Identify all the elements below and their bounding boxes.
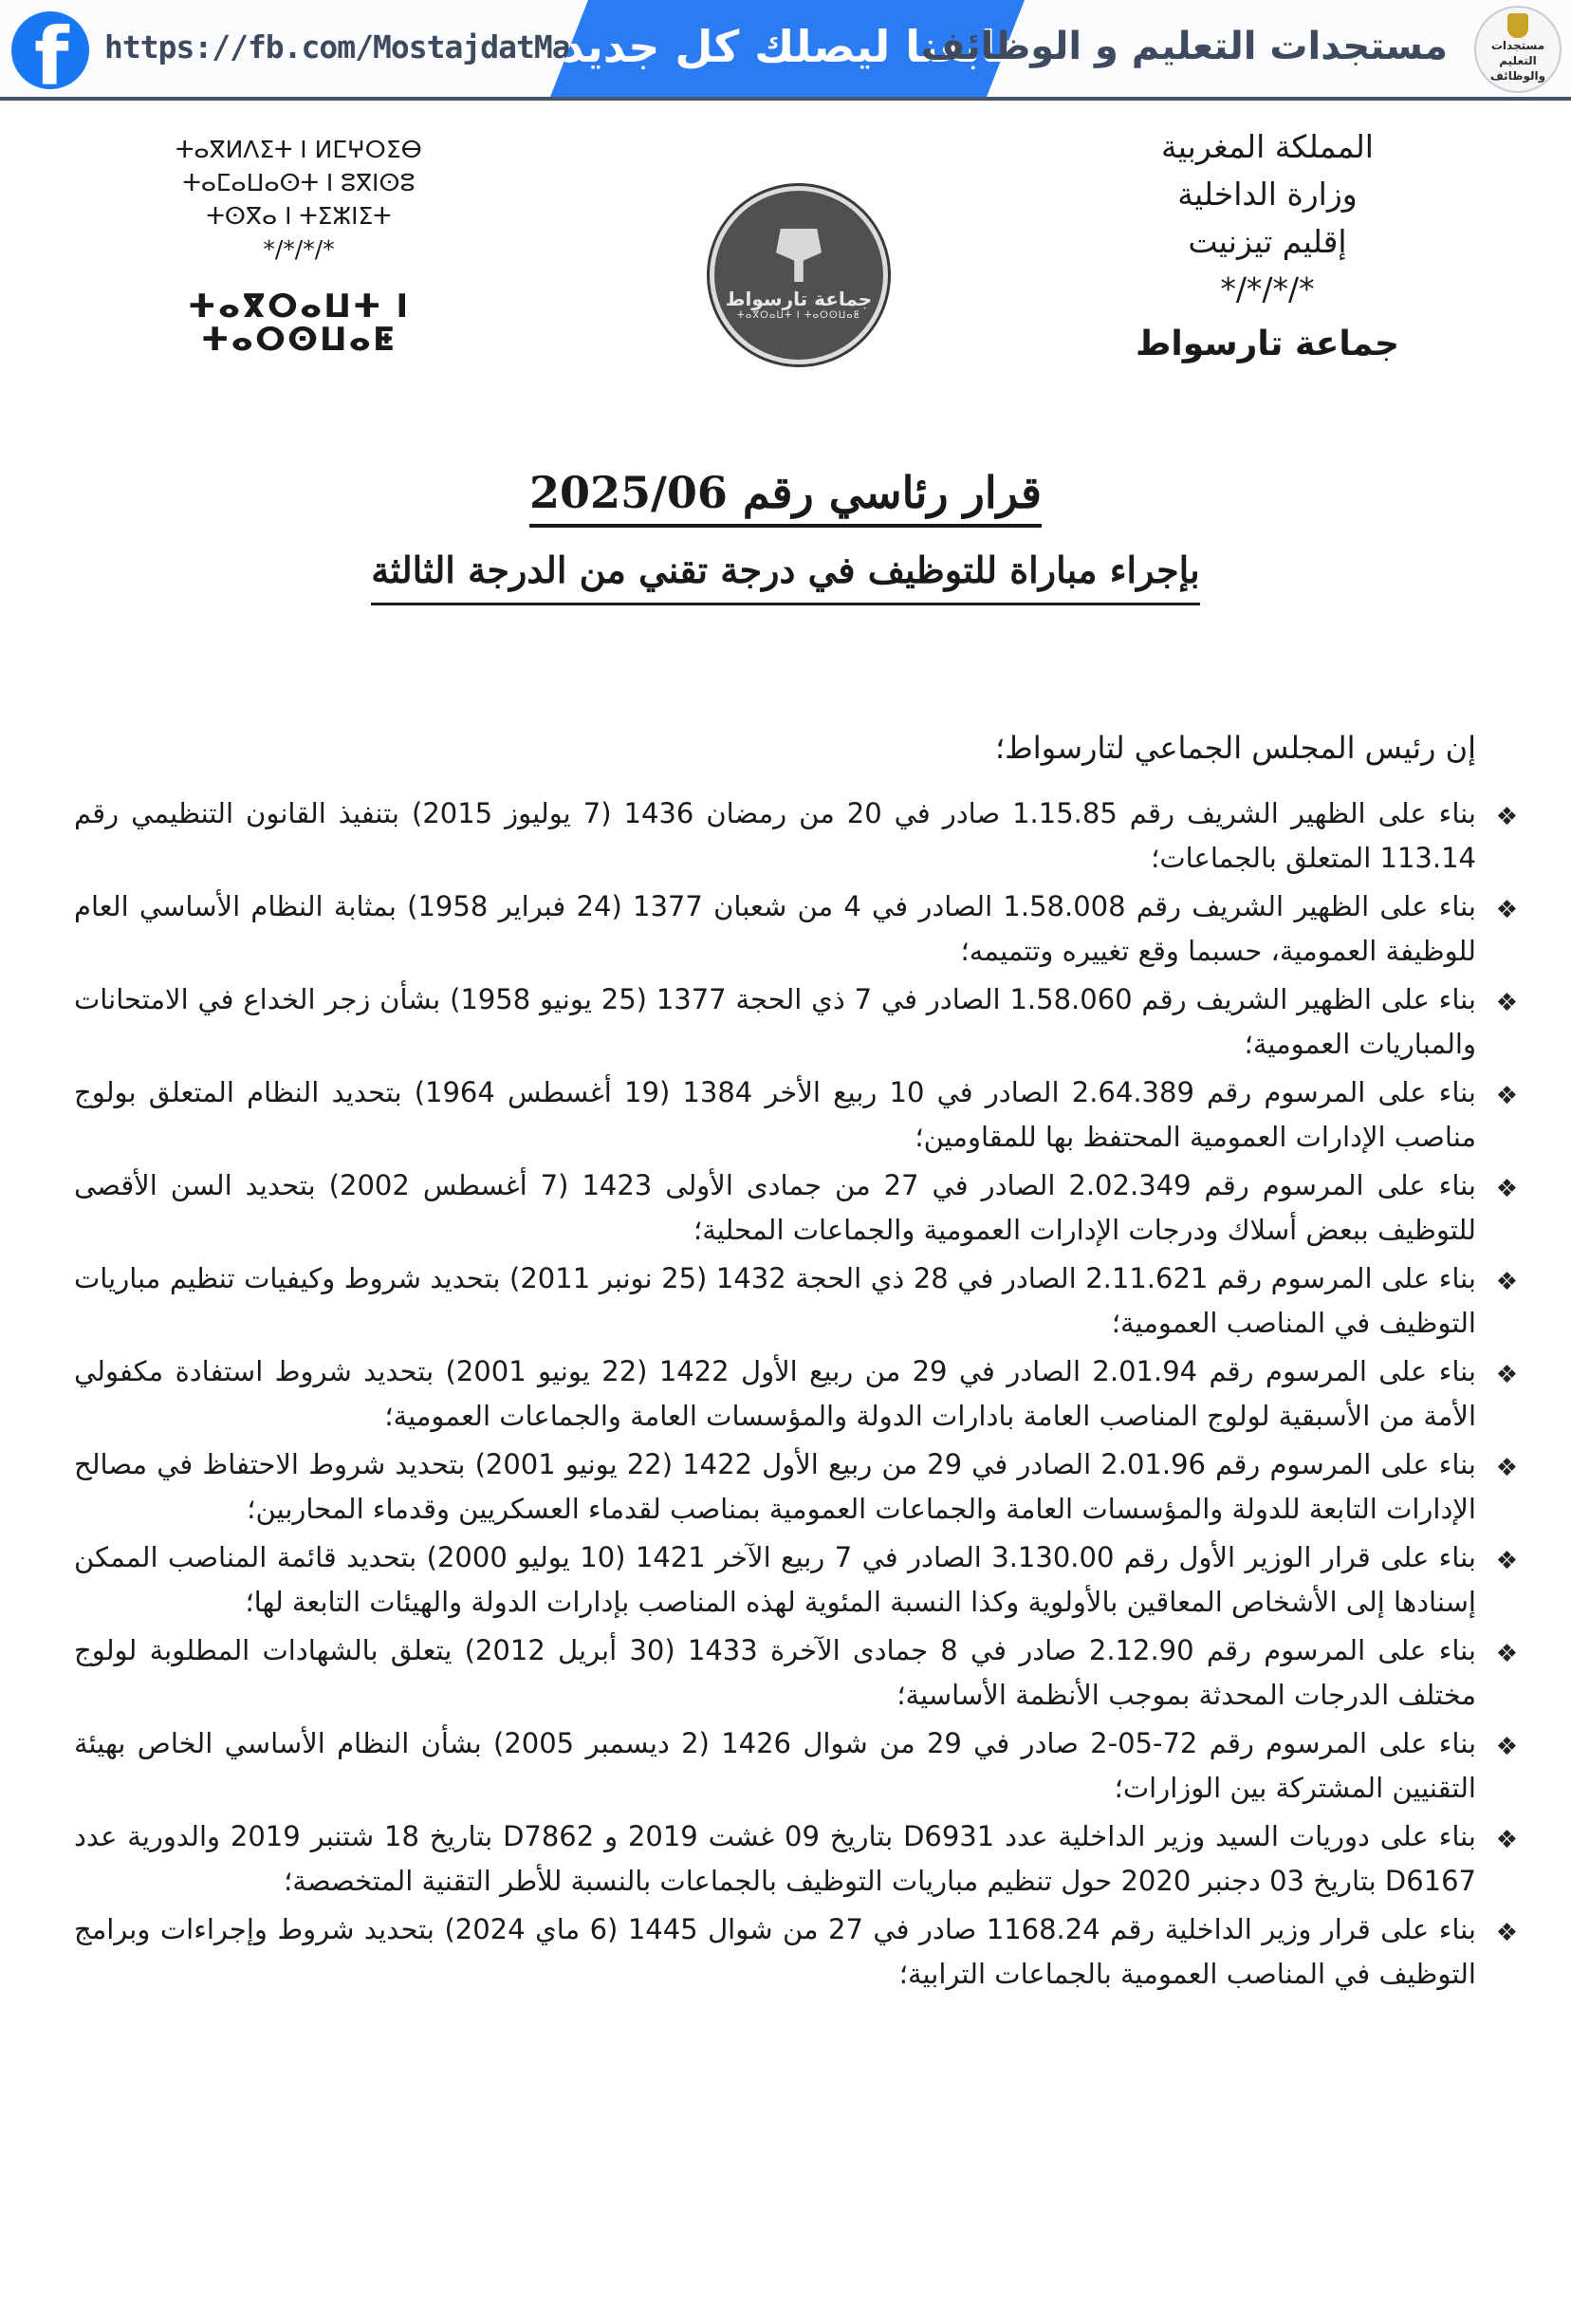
clause: ❖بناء على قرار وزير الداخلية رقم 1168.24… xyxy=(74,1907,1476,1997)
diamond-bullet-icon: ❖ xyxy=(1496,1446,1518,1491)
diamond-bullet-icon: ❖ xyxy=(1496,1074,1518,1119)
clause-text: بناء على المرسوم رقم 2.01.96 الصادر في 2… xyxy=(74,1442,1476,1532)
kingdom-label-tifinagh: ⵜⴰⴳⵍⴷⵉⵜ ⵏ ⵍⵎⵖⵔⵉⴱ xyxy=(142,133,455,166)
clause-text: بناء على المرسوم رقم 72-05-2 صادر في 29 … xyxy=(74,1721,1476,1811)
province-label-tifinagh: ⵜⵙⴳⴰ ⵏ ⵜⵉⵣⵏⵉⵜ xyxy=(142,199,455,232)
diamond-bullet-icon: ❖ xyxy=(1496,1260,1518,1305)
clause: ❖بناء على المرسوم رقم 72-05-2 صادر في 29… xyxy=(74,1721,1476,1811)
logo-text-line2: والوظائف xyxy=(1476,68,1560,84)
province-label: إقليم تيزنيت xyxy=(1125,218,1410,266)
clause-text: بناء على المرسوم رقم 2.02.349 الصادر في … xyxy=(74,1163,1476,1253)
commune-label-tifinagh: ⵜⴰⴳⵔⴰⵡⵜ ⵏ ⵜⴰⵔⵙⵡⴰⵟ xyxy=(142,290,455,357)
diamond-bullet-icon: ❖ xyxy=(1496,1539,1518,1584)
facebook-icon[interactable]: f xyxy=(11,11,89,89)
clause: ❖بناء على المرسوم رقم 2.01.96 الصادر في … xyxy=(74,1442,1476,1532)
clause-text: بناء على المرسوم رقم 2.12.90 صادر في 8 ج… xyxy=(74,1628,1476,1718)
ministry-label-tifinagh: ⵜⴰⵎⴰⵡⴰⵙⵜ ⵏ ⵓⴳⵏⵙⵓ xyxy=(142,166,455,199)
site-name: مستجدات التعليم و الوظائف xyxy=(921,25,1448,68)
diamond-bullet-icon: ❖ xyxy=(1496,888,1518,933)
clause-text: بناء على قرار وزير الداخلية رقم 1168.24 … xyxy=(74,1907,1476,1997)
clause: ❖بناء على المرسوم رقم 2.01.94 الصادر في … xyxy=(74,1349,1476,1439)
seal-name: جماعة تارسواط xyxy=(714,288,883,310)
decision-number: قرار رئاسي رقم 2025/06 xyxy=(529,467,1042,528)
diamond-bullet-icon: ❖ xyxy=(1496,981,1518,1026)
diamond-bullet-icon: ❖ xyxy=(1496,1725,1518,1770)
document-body: إن رئيس المجلس الجماعي لتارسواط؛ ❖بناء ع… xyxy=(74,726,1476,2000)
promo-banner: f https://fb.com/MostajdatMaroc تابعنا ل… xyxy=(0,0,1571,101)
diamond-bullet-icon: ❖ xyxy=(1496,1632,1518,1677)
clause: ❖بناء على قرار الوزير الأول رقم 3.130.00… xyxy=(74,1535,1476,1625)
logo-text-line1: مستجدات التعليم xyxy=(1476,38,1560,68)
facebook-link[interactable]: https://fb.com/MostajdatMaroc xyxy=(104,28,623,65)
site-logo: مستجدات التعليم والوظائف xyxy=(1474,6,1562,93)
diamond-bullet-icon: ❖ xyxy=(1496,795,1518,840)
decision-subject: بإجراء مباراة للتوظيف في درجة تقني من ال… xyxy=(371,548,1199,605)
clause-text: بناء على المرسوم رقم 2.01.94 الصادر في 2… xyxy=(74,1349,1476,1439)
clause: ❖بناء على الظهير الشريف رقم 1.58.060 الص… xyxy=(74,977,1476,1067)
commune-label: جماعة تارسواط xyxy=(1125,321,1410,368)
clause: ❖بناء على المرسوم رقم 2.11.621 الصادر في… xyxy=(74,1256,1476,1346)
clause-text: بناء على الظهير الشريف رقم 1.58.008 الصا… xyxy=(74,884,1476,974)
seal-tifinagh: ⵜⴰⴳⵔⴰⵡⵜ ⵏ ⵜⴰⵔⵙⵡⴰⵟ xyxy=(714,310,883,321)
kingdom-label: المملكة المغربية xyxy=(1125,123,1410,171)
header-tifinagh: ⵜⴰⴳⵍⴷⵉⵜ ⵏ ⵍⵎⵖⵔⵉⴱ ⵜⴰⵎⴰⵡⴰⵙⵜ ⵏ ⵓⴳⵏⵙⵓ ⵜⵙⴳⴰ ⵏ… xyxy=(142,133,455,357)
clause-text: بناء على الظهير الشريف رقم 1.58.060 الصا… xyxy=(74,977,1476,1067)
document-title: قرار رئاسي رقم 2025/06 xyxy=(0,467,1571,528)
clause: ❖بناء على المرسوم رقم 2.12.90 صادر في 8 … xyxy=(74,1628,1476,1718)
moroccan-emblem-icon xyxy=(1507,13,1528,38)
diamond-bullet-icon: ❖ xyxy=(1496,1818,1518,1863)
commune-seal: جماعة تارسواط ⵜⴰⴳⵔⴰⵡⵜ ⵏ ⵜⴰⵔⵙⵡⴰⵟ xyxy=(710,186,888,364)
clause: ❖بناء على المرسوم رقم 2.02.349 الصادر في… xyxy=(74,1163,1476,1253)
header-arabic: المملكة المغربية وزارة الداخلية إقليم تي… xyxy=(1125,123,1410,368)
ministry-label: وزارة الداخلية xyxy=(1125,171,1410,218)
clause: ❖بناء على الظهير الشريف رقم 1.58.008 الص… xyxy=(74,884,1476,974)
diamond-bullet-icon: ❖ xyxy=(1496,1353,1518,1398)
diamond-bullet-icon: ❖ xyxy=(1496,1167,1518,1212)
header-separator-tifinagh: */*/*/* xyxy=(142,232,455,266)
clause-text: بناء على الظهير الشريف رقم 1.15.85 صادر … xyxy=(74,791,1476,881)
diamond-bullet-icon: ❖ xyxy=(1496,1911,1518,1956)
clause: ❖بناء على المرسوم رقم 2.64.389 الصادر في… xyxy=(74,1070,1476,1160)
seal-emblem-icon xyxy=(776,229,822,282)
clause-text: بناء على المرسوم رقم 2.64.389 الصادر في … xyxy=(74,1070,1476,1160)
clause-text: بناء على المرسوم رقم 2.11.621 الصادر في … xyxy=(74,1256,1476,1346)
preamble: إن رئيس المجلس الجماعي لتارسواط؛ xyxy=(74,726,1476,771)
header-separator: */*/*/* xyxy=(1125,266,1410,313)
clause-text: بناء على دوريات السيد وزير الداخلية عدد … xyxy=(74,1814,1476,1904)
clause: ❖بناء على الظهير الشريف رقم 1.15.85 صادر… xyxy=(74,791,1476,881)
clause: ❖بناء على دوريات السيد وزير الداخلية عدد… xyxy=(74,1814,1476,1904)
clause-text: بناء على قرار الوزير الأول رقم 3.130.00 … xyxy=(74,1535,1476,1625)
document-subtitle: بإجراء مباراة للتوظيف في درجة تقني من ال… xyxy=(0,548,1571,605)
